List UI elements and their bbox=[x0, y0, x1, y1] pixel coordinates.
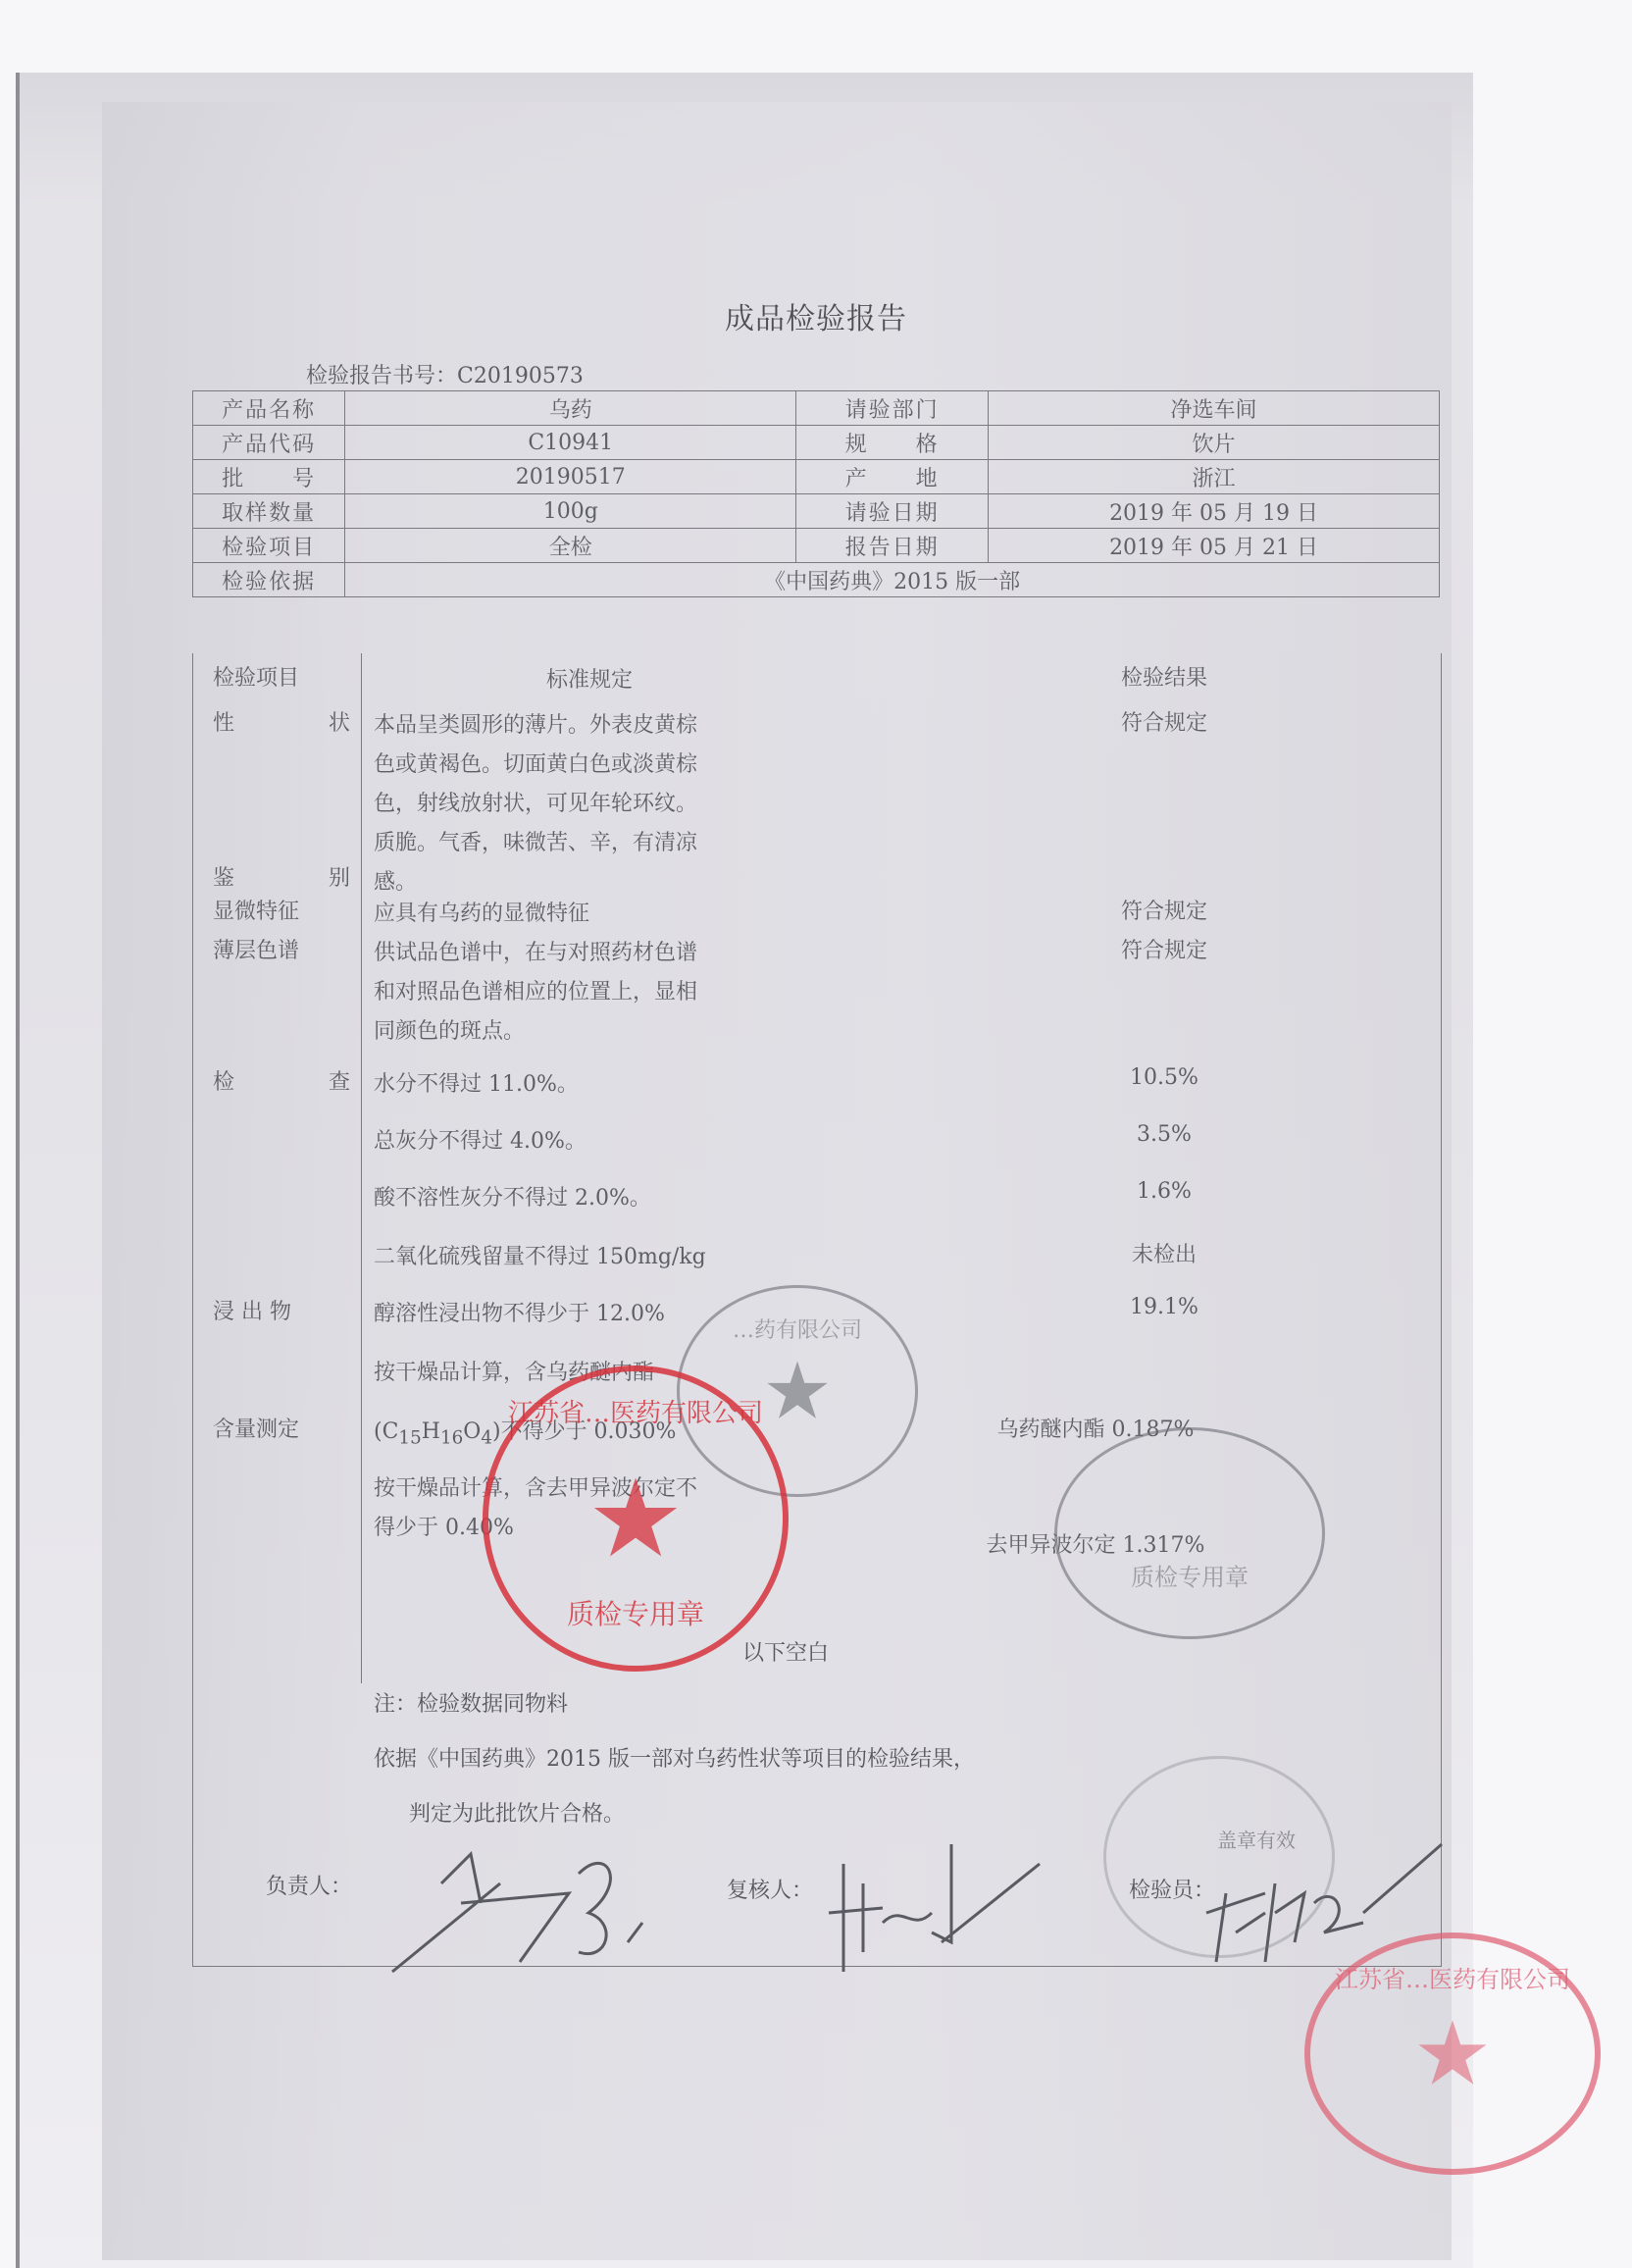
test-standard: 供试品色谱中，在与对照药材色谱和对照品色谱相应的位置上，显相同颜色的斑点。 bbox=[374, 934, 805, 1052]
test-standard: 醇溶性浸出物不得少于 12.0% bbox=[374, 1295, 805, 1334]
report-number-value: C20190573 bbox=[457, 364, 584, 388]
field-label: 取样数量 bbox=[193, 494, 345, 529]
test-item: 薄层色谱 bbox=[213, 934, 350, 964]
test-result: 符合规定 bbox=[1056, 895, 1272, 925]
field-value: 20190517 bbox=[345, 460, 796, 494]
report-number-label: 检验报告书号： bbox=[306, 364, 457, 388]
test-standard: 酸不溶性灰分不得过 2.0%。 bbox=[374, 1179, 805, 1218]
column-header-standard: 标准规定 bbox=[374, 661, 805, 700]
test-item: 浸 出 物 bbox=[213, 1295, 350, 1325]
reviewer-label: 复核人： bbox=[727, 1874, 813, 1904]
inspector-signature bbox=[1197, 1834, 1452, 1972]
header-row: 批 号20190517产 地浙江 bbox=[193, 460, 1440, 494]
note-line: 注：检验数据同物料 bbox=[374, 1677, 568, 1732]
column-divider bbox=[361, 653, 362, 1683]
field-label: 检验项目 bbox=[193, 529, 345, 563]
conclusion-line-1: 依据《中国药典》2015 版一部对乌药性状等项目的检验结果， bbox=[374, 1732, 975, 1787]
test-standard: 总灰分不得过 4.0%。 bbox=[374, 1122, 805, 1161]
field-value: 全检 bbox=[345, 529, 796, 563]
field-value: 2019 年 05 月 21 日 bbox=[989, 529, 1440, 563]
header-row: 检验项目全检报告日期2019 年 05 月 21 日 bbox=[193, 529, 1440, 563]
field-label: 规 格 bbox=[796, 426, 989, 460]
inspection-report: 成品检验报告 检验报告书号：C20190573 产品名称乌药请验部门净选车间产品… bbox=[0, 0, 1632, 2268]
report-title: 成品检验报告 bbox=[0, 294, 1632, 337]
field-label: 产品代码 bbox=[193, 426, 345, 460]
test-standard: 二氧化硫残留量不得过 150mg/kg bbox=[374, 1238, 805, 1277]
field-value: C10941 bbox=[345, 426, 796, 460]
field-label: 产品名称 bbox=[193, 391, 345, 426]
test-item: 性状 bbox=[213, 706, 350, 737]
star-icon: ★ bbox=[1413, 2002, 1493, 2105]
field-value: 净选车间 bbox=[989, 391, 1440, 426]
header-row: 产品代码C10941规 格饮片 bbox=[193, 426, 1440, 460]
test-standard: (C15H16O4)不得少于 0.030% bbox=[374, 1413, 805, 1458]
basis-row: 检验依据《中国药典》2015 版一部 bbox=[193, 563, 1440, 597]
test-standard: 水分不得过 11.0%。 bbox=[374, 1065, 805, 1105]
test-result: 去甲异波尔定 1.317% bbox=[939, 1528, 1252, 1559]
field-value: 饮片 bbox=[989, 426, 1440, 460]
field-value: 浙江 bbox=[989, 460, 1440, 494]
test-result: 10.5% bbox=[1056, 1065, 1272, 1090]
column-header-item: 检验项目 bbox=[213, 661, 350, 692]
test-standard: 本品呈类圆形的薄片。外表皮黄棕色或黄褐色。切面黄白色或淡黄棕色，射线放射状，可见… bbox=[374, 706, 805, 902]
field-label: 报告日期 bbox=[796, 529, 989, 563]
test-result: 1.6% bbox=[1056, 1179, 1272, 1204]
field-label: 批 号 bbox=[193, 460, 345, 494]
field-label: 产 地 bbox=[796, 460, 989, 494]
responsible-signature bbox=[382, 1844, 657, 1982]
blank-below-note: 以下空白 bbox=[742, 1636, 829, 1667]
field-label: 请验日期 bbox=[796, 494, 989, 529]
test-standard: 应具有乌药的显微特征 bbox=[374, 895, 805, 934]
test-result: 乌药醚内酯 0.187% bbox=[939, 1413, 1252, 1443]
basis-label: 检验依据 bbox=[193, 563, 345, 597]
header-table: 产品名称乌药请验部门净选车间产品代码C10941规 格饮片批 号20190517… bbox=[192, 390, 1440, 597]
test-item: 含量测定 bbox=[213, 1413, 350, 1443]
test-standard: 按干燥品计算，含去甲异波尔定不得少于 0.40% bbox=[374, 1469, 805, 1548]
field-value: 2019 年 05 月 19 日 bbox=[989, 494, 1440, 529]
basis-value: 《中国药典》2015 版一部 bbox=[345, 563, 1440, 597]
test-result: 符合规定 bbox=[1056, 706, 1272, 737]
field-value: 乌药 bbox=[345, 391, 796, 426]
test-item: 鉴别 bbox=[213, 861, 350, 892]
column-header-result: 检验结果 bbox=[1056, 661, 1272, 692]
test-result: 符合规定 bbox=[1056, 934, 1272, 964]
responsible-label: 负责人： bbox=[266, 1870, 352, 1900]
test-result: 19.1% bbox=[1056, 1295, 1272, 1319]
reviewer-signature bbox=[824, 1825, 1049, 1982]
test-item: 显微特征 bbox=[213, 895, 350, 925]
header-row: 产品名称乌药请验部门净选车间 bbox=[193, 391, 1440, 426]
conclusion-line-2: 判定为此批饮片合格。 bbox=[409, 1787, 625, 1842]
field-label: 请验部门 bbox=[796, 391, 989, 426]
test-item: 检查 bbox=[213, 1065, 350, 1096]
field-value: 100g bbox=[345, 494, 796, 529]
header-row: 取样数量100g请验日期2019 年 05 月 19 日 bbox=[193, 494, 1440, 529]
test-result: 未检出 bbox=[1056, 1238, 1272, 1268]
report-number: 检验报告书号：C20190573 bbox=[306, 359, 584, 389]
test-result: 3.5% bbox=[1056, 1122, 1272, 1147]
test-results-section: 检验项目 标准规定 检验结果 性状本品呈类圆形的薄片。外表皮黄棕色或黄褐色。切面… bbox=[192, 653, 1442, 1967]
test-standard: 按干燥品计算，含乌药醚内酯 bbox=[374, 1354, 805, 1393]
